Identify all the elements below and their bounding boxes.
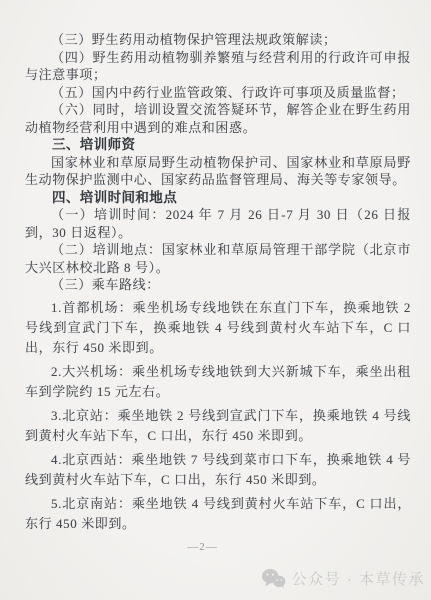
section-heading-teachers: 三、培训师资 xyxy=(25,136,411,154)
route-beijing-station: 3.北京站：乘坐地铁 2 号线到宣武门下车，换乘地铁 4 号线到黄村火车站下车，… xyxy=(25,406,411,446)
document-body: （三）野生药用动植物保护管理法规政策解读； （四）野生药用动植物驯养繁殖与经营利… xyxy=(25,31,411,534)
paragraph-routes-head: （三）乘车路线： xyxy=(25,276,411,294)
route-daxing-airport: 2.大兴机场：乘坐机场专线地铁到大兴新城下车，乘坐出租车到学院约 15 元左右。 xyxy=(25,362,411,402)
watermark-text: 公众号 · 本草传承 xyxy=(292,568,425,589)
section-heading-time-place: 四、培训时间和地点 xyxy=(25,189,411,207)
paragraph-time: （一）培训时间：2024 年 7 月 26 日-7 月 30 日（26 日报到，… xyxy=(25,206,411,241)
wechat-icon xyxy=(261,568,286,589)
paragraph-item-4: （四）野生药用动植物驯养繁殖与经营利用的行政许可申报与注意事项； xyxy=(25,49,411,84)
wechat-watermark: 公众号 · 本草传承 xyxy=(261,568,425,589)
paragraph-item-5: （五）国内中药行业监管政策、行政许可事项及质量监督； xyxy=(25,84,411,102)
paragraph-item-6: （六）同时，培训设置交流答疑环节，解答企业在野生药用动植物经营利用中遇到的难点和… xyxy=(25,101,411,136)
paragraph-item-3: （三）野生药用动植物保护管理法规政策解读； xyxy=(25,31,411,49)
route-capital-airport: 1.首都机场：乘坐机场专线地铁在东直门下车，换乘地铁 2 号线到宣武门下车，换乘… xyxy=(25,298,411,358)
route-beijing-south: 5.北京南站：乘坐地铁 4 号线到黄村火车站下车，C 口出，东行 450 米即到… xyxy=(25,494,411,534)
page-number: —2— xyxy=(0,541,405,553)
route-beijing-west: 4.北京西站：乘坐地铁 7 号线到菜市口下车，换乘地铁 4 号线到黄村火车站下车… xyxy=(25,450,411,490)
document-page: （三）野生药用动植物保护管理法规政策解读； （四）野生药用动植物驯养繁殖与经营利… xyxy=(0,0,431,600)
paragraph-place: （二）培训地点：国家林业和草原局管理干部学院（北京市大兴区林校北路 8 号）。 xyxy=(25,241,411,276)
paragraph-teachers: 国家林业和草原局野生动植物保护司、国家林业和草原局野生动物保护监测中心、国家药品… xyxy=(25,154,411,189)
